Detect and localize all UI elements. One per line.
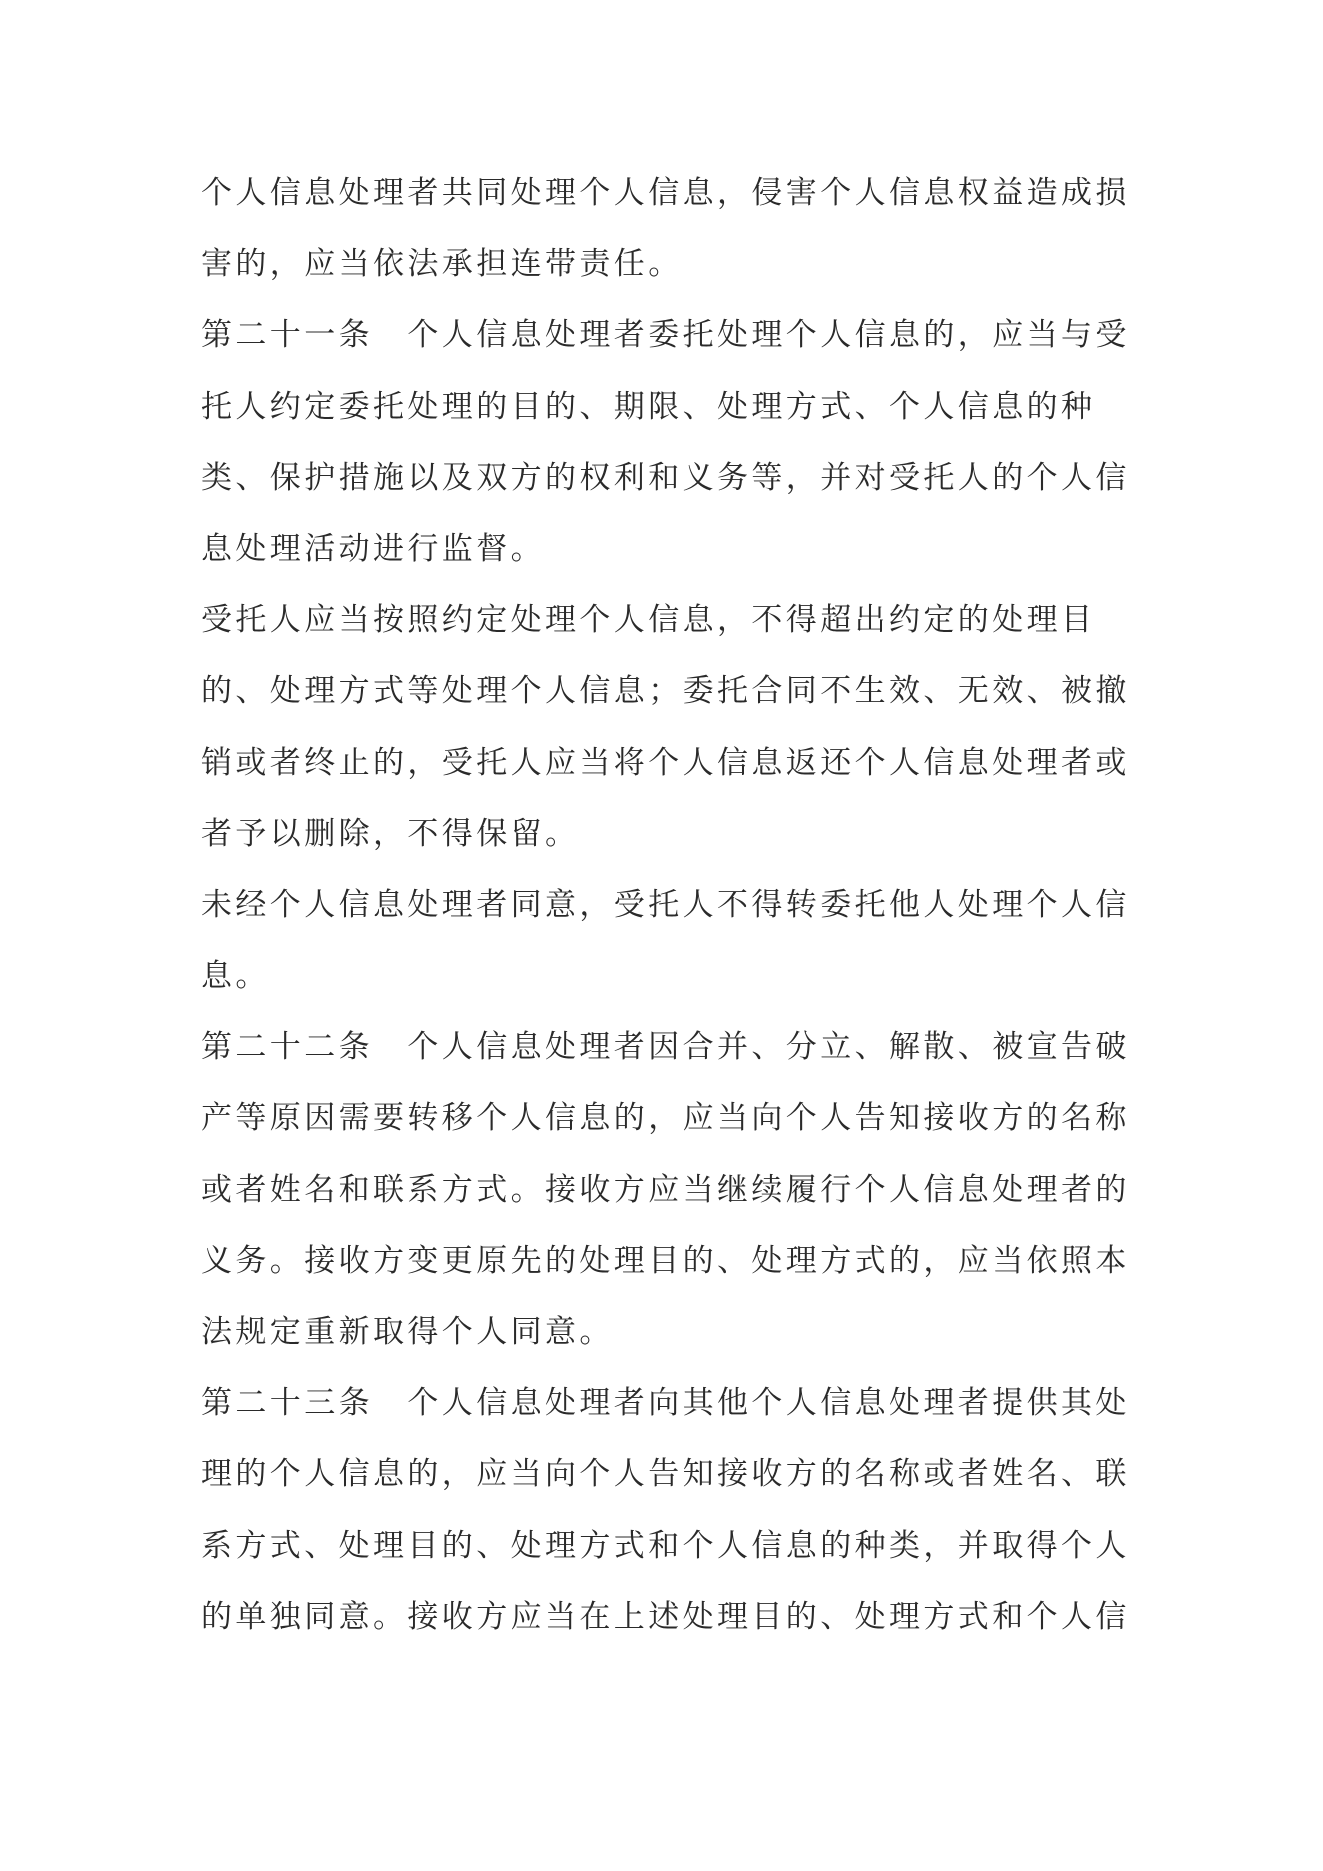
document-body: 个人信息处理者共同处理个人信息，侵害个人信息权益造成损 害的，应当依法承担连带责…: [201, 168, 1121, 1663]
text-line: 产等原因需要转移个人信息的，应当向个人告知接收方的名称: [201, 1093, 1121, 1164]
text-line: 义务。接收方变更原先的处理目的、处理方式的，应当依照本: [201, 1236, 1121, 1307]
text-line: 个人信息处理者共同处理个人信息，侵害个人信息权益造成损: [201, 168, 1121, 239]
text-line: 未经个人信息处理者同意，受托人不得转委托他人处理个人信: [201, 880, 1121, 951]
text-line: 类、保护措施以及双方的权利和义务等，并对受托人的个人信: [201, 453, 1121, 524]
text-line: 受托人应当按照约定处理个人信息，不得超出约定的处理目: [201, 595, 1121, 666]
text-line: 或者姓名和联系方式。接收方应当继续履行个人信息处理者的: [201, 1165, 1121, 1236]
document-page: 个人信息处理者共同处理个人信息，侵害个人信息权益造成损 害的，应当依法承担连带责…: [0, 0, 1323, 1871]
text-line: 销或者终止的，受托人应当将个人信息返还个人信息处理者或: [201, 738, 1121, 809]
text-line: 的单独同意。接收方应当在上述处理目的、处理方式和个人信: [201, 1592, 1121, 1663]
text-line: 息处理活动进行监督。: [201, 524, 1121, 595]
text-line: 者予以删除，不得保留。: [201, 809, 1121, 880]
text-line: 息。: [201, 951, 1121, 1022]
article-23-heading-line: 第二十三条 个人信息处理者向其他个人信息处理者提供其处: [201, 1378, 1121, 1449]
article-21-heading-line: 第二十一条 个人信息处理者委托处理个人信息的，应当与受: [201, 310, 1121, 381]
text-line: 法规定重新取得个人同意。: [201, 1307, 1121, 1378]
text-line: 害的，应当依法承担连带责任。: [201, 239, 1121, 310]
text-line: 系方式、处理目的、处理方式和个人信息的种类，并取得个人: [201, 1521, 1121, 1592]
text-line: 理的个人信息的，应当向个人告知接收方的名称或者姓名、联: [201, 1449, 1121, 1520]
article-22-heading-line: 第二十二条 个人信息处理者因合并、分立、解散、被宣告破: [201, 1022, 1121, 1093]
text-line: 的、处理方式等处理个人信息；委托合同不生效、无效、被撤: [201, 666, 1121, 737]
text-line: 托人约定委托处理的目的、期限、处理方式、个人信息的种: [201, 382, 1121, 453]
